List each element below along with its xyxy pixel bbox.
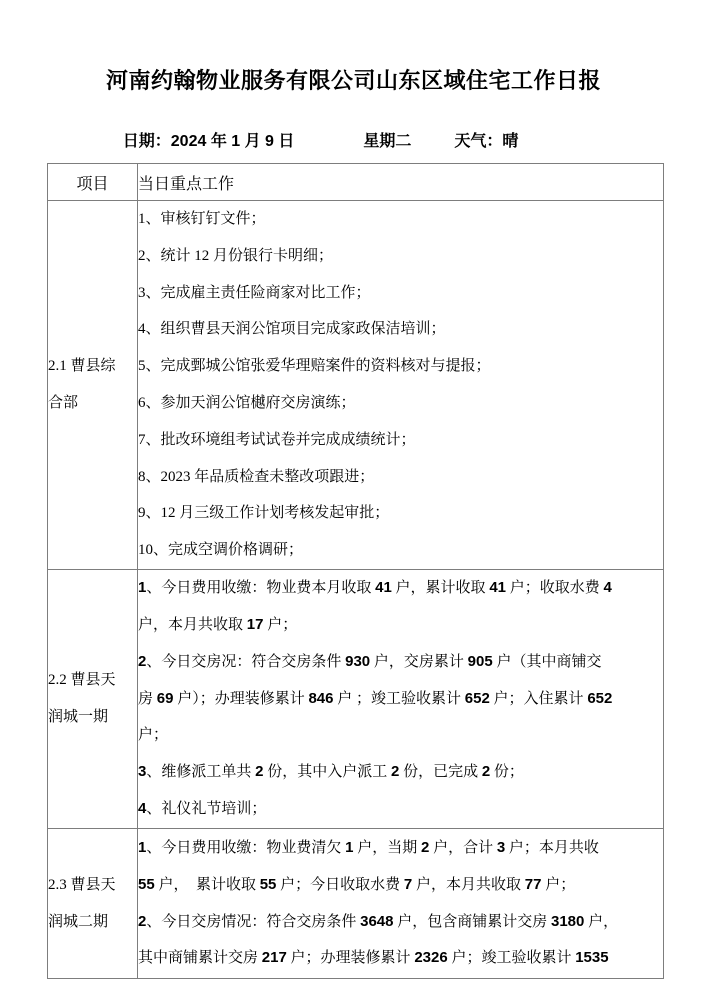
weekday-text: 星期二 (363, 133, 411, 150)
daily-report-table: 项目 当日重点工作 2.1 曹县综 合部 1、审核钉钉文件； 2、统计 12 月… (47, 163, 664, 979)
work-item-line: 4、组织曹县天润公馆项目完成家政保洁培训； (138, 311, 663, 348)
work-item-line: 3、完成雇主责任险商家对比工作； (138, 275, 663, 312)
table-row-tianrun-phase1: 2.2 曹县天 润城一期 1、今日费用收缴：物业费本月收取 41 户，累计收取 … (48, 570, 664, 829)
work-item-line: 8、2023 年品质检查未整改项跟进； (138, 459, 663, 496)
work-item-line: 其中商铺累计交房 217 户；办理装修累计 2326 户；竣工验收累计 1535 (138, 940, 663, 977)
project-label-line: 润城一期 (48, 699, 137, 736)
table-row-tianrun-phase2: 2.3 曹县天 润城二期 1、今日费用收缴：物业费清欠 1 户，当期 2 户，合… (48, 829, 664, 979)
work-item-line: 2、今日交房况：符合交房条件 930 户，交房累计 905 户（其中商铺交 (138, 644, 663, 681)
project-label-cell: 2.2 曹县天 润城一期 (48, 570, 138, 829)
work-item-line: 户； (138, 717, 663, 754)
work-items-cell: 1、今日费用收缴：物业费本月收取 41 户，累计收取 41 户；收取水费 4 户… (138, 570, 664, 829)
table-row-caoxian-zonghebu: 2.1 曹县综 合部 1、审核钉钉文件； 2、统计 12 月份银行卡明细； 3、… (48, 201, 664, 570)
work-item-line: 55 户， 累计收取 55 户；今日收取水费 7 户，本月共收取 77 户； (138, 867, 663, 904)
work-item-line: 4、礼仪礼节培训； (138, 791, 663, 828)
work-item-line: 5、完成鄄城公馆张爱华理赔案件的资料核对与提报； (138, 348, 663, 385)
work-item-line: 3、维修派工单共 2 份，其中入户派工 2 份，已完成 2 份； (138, 754, 663, 791)
project-label-line: 2.2 曹县天 (48, 662, 137, 699)
work-item-line: 户，本月共收取 17 户； (138, 607, 663, 644)
work-item-line: 房 69 户）；办理装修累计 846 户 ；竣工验收累计 652 户；入住累计 … (138, 681, 663, 718)
work-item-line: 1、审核钉钉文件； (138, 201, 663, 238)
weather-text: 天气：晴 (454, 133, 518, 150)
column-header-daily-key-work: 当日重点工作 (138, 164, 664, 201)
work-item-line: 7、批改环境组考试试卷并完成成绩统计； (138, 422, 663, 459)
project-label-cell: 2.3 曹县天 润城二期 (48, 829, 138, 979)
table-header-row: 项目 当日重点工作 (48, 164, 664, 201)
work-item-line: 9、12 月三级工作计划考核发起审批； (138, 495, 663, 532)
column-header-project: 项目 (48, 164, 138, 201)
project-label-line: 2.1 曹县综 (48, 348, 137, 385)
project-label-cell: 2.1 曹县综 合部 (48, 201, 138, 570)
project-label-line: 润城二期 (48, 904, 137, 941)
work-item-line: 2、统计 12 月份银行卡明细； (138, 238, 663, 275)
date-line: 日期：2024 年 1 月 9 日星期二天气：晴 (105, 110, 518, 169)
work-item-line: 1、今日费用收缴：物业费本月收取 41 户，累计收取 41 户；收取水费 4 (138, 570, 663, 607)
project-label-line: 合部 (48, 385, 137, 422)
date-text: 日期：2024 年 1 月 9 日 (123, 133, 295, 150)
work-items-cell: 1、今日费用收缴：物业费清欠 1 户，当期 2 户，合计 3 户；本月共收 55… (138, 829, 664, 979)
work-item-line: 10、完成空调价格调研； (138, 532, 663, 569)
work-item-line: 1、今日费用收缴：物业费清欠 1 户，当期 2 户，合计 3 户；本月共收 (138, 830, 663, 867)
document-page: 河南约翰物业服务有限公司山东区域住宅工作日报 日期：2024 年 1 月 9 日… (0, 0, 707, 999)
work-items-cell: 1、审核钉钉文件； 2、统计 12 月份银行卡明细； 3、完成雇主责任险商家对比… (138, 201, 664, 570)
work-item-line: 2、今日交房情况：符合交房条件 3648 户，包含商铺累计交房 3180 户， (138, 904, 663, 941)
work-item-line: 6、参加天润公馆樾府交房演练； (138, 385, 663, 422)
page-title: 河南约翰物业服务有限公司山东区域住宅工作日报 (0, 64, 707, 95)
project-label-line: 2.3 曹县天 (48, 867, 137, 904)
